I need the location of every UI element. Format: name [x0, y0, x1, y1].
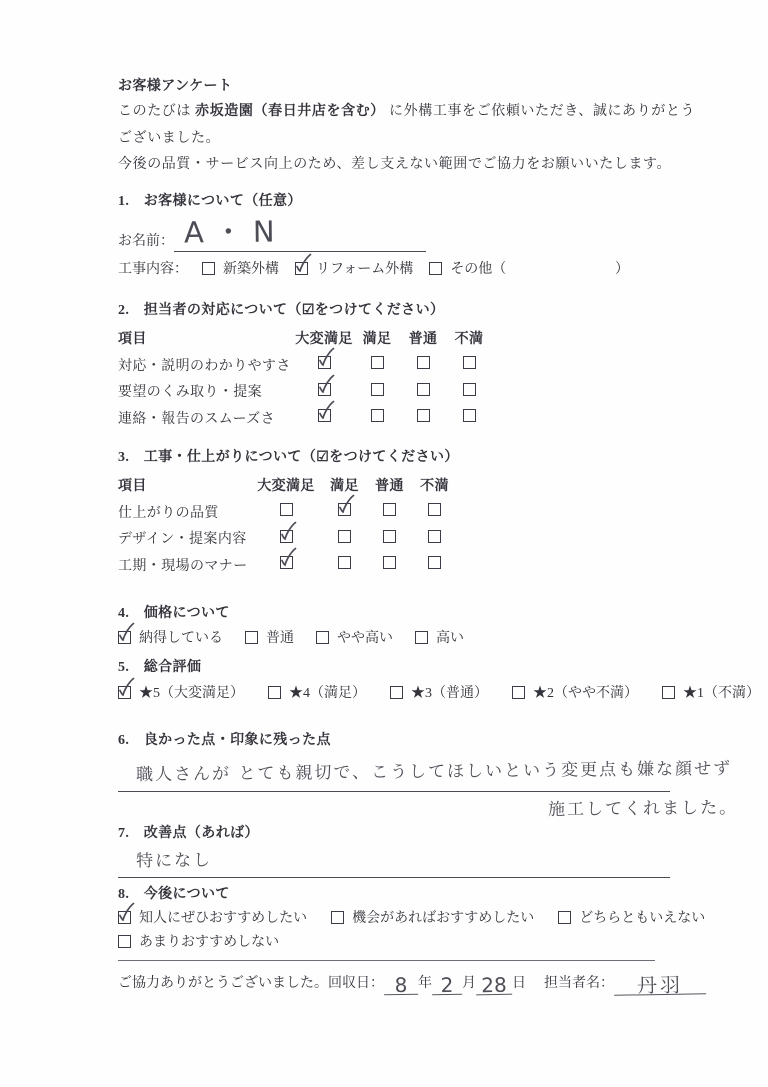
section5-options: ★5（大変満足）★4（満足）★3（普通）★2（やや不満）★1（不満）: [118, 682, 655, 702]
option-label: 高い: [436, 627, 464, 647]
intro-line1-post: に外構工事をご依頼いただき、誠にありがとう: [385, 104, 695, 119]
handwritten-improvement: 特になし: [136, 846, 212, 872]
checkbox-unchecked: [383, 556, 396, 569]
checkbox-checked: [318, 383, 331, 396]
checkbox-unchecked: [417, 383, 430, 396]
rating-column-header: 満足: [322, 475, 367, 495]
option-label: ★4（満足）: [289, 682, 366, 702]
option-label: リフォーム外構: [316, 258, 413, 278]
rating-row-label: 仕上がりの品質: [118, 502, 250, 522]
option-label: 知人にぜひおすすめしたい: [139, 907, 307, 927]
rating-cell: [250, 503, 322, 520]
name-row: お名前： A・N: [118, 220, 655, 252]
option-item: 納得している: [118, 627, 223, 647]
checkbox-unchecked: [383, 503, 396, 516]
checkbox-unchecked: [371, 356, 384, 369]
option-item: やや高い: [316, 627, 393, 647]
rating-cell: [367, 503, 412, 520]
section6-heading: 6. 良かった点・印象に残った点: [118, 729, 655, 749]
rating-cell: [354, 409, 400, 426]
collect-date-label: 回収日：: [328, 972, 384, 995]
section4-heading: 4. 価格について: [118, 602, 655, 622]
rating-column-header: 普通: [400, 328, 446, 348]
intro-line1-pre: このたびは: [118, 104, 195, 119]
option-item: ★3（普通）: [390, 682, 488, 702]
section4-options: 納得している普通やや高い高い: [118, 627, 655, 647]
section6-answer-line: 職人さんが とても親切で、こうしてほしいという変更点も嫌な顔せず: [118, 757, 670, 792]
rating-cell: [250, 556, 322, 573]
checkbox-unchecked: [417, 409, 430, 422]
option-item: どちらともいえない: [558, 907, 705, 927]
section2-rating-table: 項目大変満足満足普通不満対応・説明のわかりやすさ要望のくみ取り・提案連絡・報告の…: [118, 325, 655, 431]
option-item: ★5（大変満足）: [118, 682, 244, 702]
option-label: その他（: [450, 258, 506, 278]
intro-line-2: ございました。: [118, 126, 655, 153]
intro-line-1: このたびは 赤坂造園（春日井店を含む） に外構工事をご依頼いただき、誠にありがと…: [118, 99, 655, 126]
section5-heading: 5. 総合評価: [118, 656, 655, 676]
handwritten-comment-line1: 職人さんが とても親切で、こうしてほしいという変更点も嫌な顔せず: [136, 754, 732, 785]
checkbox-checked: [280, 556, 293, 569]
rating-cell: [250, 530, 322, 547]
checkbox-unchecked: [428, 530, 441, 543]
footer-row: ご協力ありがとうございました。 回収日： 8 年 2 月 28 日 担当者名： …: [118, 972, 738, 995]
checkbox-checked: [280, 530, 293, 543]
option-label: 新築外構: [223, 258, 279, 278]
rating-column-header: 大変満足: [250, 475, 322, 495]
intro-paragraph: このたびは 赤坂造園（春日井店を含む） に外構工事をご依頼いただき、誠にありがと…: [118, 99, 655, 179]
checkbox-unchecked: [415, 631, 428, 644]
checkbox-checked: [318, 409, 331, 422]
checkbox-checked: [338, 503, 351, 516]
rating-item-column-header: 項目: [118, 328, 294, 348]
checkbox-unchecked: [331, 911, 344, 924]
rating-column-header: 大変満足: [294, 328, 354, 348]
section1-heading: 1. お客様について（任意）: [118, 190, 655, 210]
checkbox-unchecked: [463, 356, 476, 369]
company-name: 赤坂造園（春日井店を含む）: [195, 104, 385, 119]
rating-cell: [412, 530, 457, 547]
checkbox-unchecked: [428, 503, 441, 516]
checkbox-unchecked: [662, 686, 675, 699]
option-label: あまりおすすめしない: [139, 931, 279, 951]
year-suffix: 年: [418, 972, 432, 995]
handwritten-year: 8: [384, 976, 418, 996]
checkbox-unchecked: [512, 686, 525, 699]
rating-cell: [322, 503, 367, 520]
section8-options-line2: あまりおすすめしない: [118, 931, 655, 951]
option-label: ★1（不満）: [683, 682, 760, 702]
checkbox-unchecked: [245, 631, 258, 644]
checkbox-unchecked: [417, 356, 430, 369]
option-item: ★4（満足）: [268, 682, 366, 702]
work-type-row: 工事内容： 新築外構リフォーム外構その他（ ）: [118, 258, 655, 278]
rating-cell: [412, 503, 457, 520]
checkbox-checked: [118, 631, 131, 644]
scanned-survey-page: お客様アンケート このたびは 赤坂造園（春日井店を含む） に外構工事をご依頼いた…: [0, 0, 768, 1087]
rating-cell: [294, 356, 354, 373]
rating-cell: [412, 556, 457, 573]
section8-options-line1: 知人にぜひおすすめしたい機会があればおすすめしたいどちらともいえない: [118, 907, 655, 927]
checkbox-unchecked: [338, 530, 351, 543]
checkbox-checked: [118, 911, 131, 924]
option-item: 知人にぜひおすすめしたい: [118, 907, 307, 927]
option-label: ★2（やや不満）: [533, 682, 638, 702]
checkbox-unchecked: [463, 409, 476, 422]
rating-cell: [354, 356, 400, 373]
checkbox-checked: [295, 262, 308, 275]
work-type-label: 工事内容：: [118, 258, 188, 278]
checkbox-unchecked: [390, 686, 403, 699]
section2-heading: 2. 担当者の対応について（☑をつけてください）: [118, 299, 655, 319]
section3-rating-table: 項目大変満足満足普通不満仕上がりの品質デザイン・提案内容工期・現場のマナー: [118, 472, 655, 578]
option-label: 普通: [266, 627, 294, 647]
option-item: 新築外構: [202, 258, 279, 278]
rating-row-label: 対応・説明のわかりやすさ: [118, 355, 294, 375]
option-item: 高い: [415, 627, 464, 647]
footer-divider: [118, 960, 655, 961]
handwritten-comment-line2: 施工してくれました。: [548, 793, 738, 820]
option-item: 機会があればおすすめしたい: [331, 907, 534, 927]
rating-row: 連絡・報告のスムーズさ: [118, 405, 655, 432]
rating-header-row: 項目大変満足満足普通不満: [118, 472, 655, 499]
close-paren: ）: [615, 258, 629, 278]
checkbox-unchecked: [371, 383, 384, 396]
option-item: リフォーム外構: [295, 258, 413, 278]
rating-row: 工期・現場のマナー: [118, 552, 655, 579]
intro-line-3: 今後の品質・サービス向上のため、差し支えない範囲でご協力をお願いいたします。: [118, 152, 655, 179]
section6-answer-overflow: 施工してくれました。: [118, 794, 738, 819]
handwritten-name: A・N: [174, 209, 285, 251]
option-item: ★2（やや不満）: [512, 682, 638, 702]
checkbox-unchecked: [338, 556, 351, 569]
rating-header-row: 項目大変満足満足普通不満: [118, 325, 655, 352]
checkbox-unchecked: [371, 409, 384, 422]
option-item: あまりおすすめしない: [118, 931, 279, 951]
checkbox-checked: [118, 686, 131, 699]
rating-row: 要望のくみ取り・提案: [118, 378, 655, 405]
checkbox-unchecked: [118, 935, 131, 948]
checkbox-unchecked: [268, 686, 281, 699]
option-label: 納得している: [139, 627, 223, 647]
checkbox-checked: [318, 356, 331, 369]
rating-column-header: 不満: [412, 475, 457, 495]
rating-cell: [446, 409, 492, 426]
rating-cell: [400, 356, 446, 373]
rating-column-header: 満足: [354, 328, 400, 348]
option-label: ★3（普通）: [411, 682, 488, 702]
work-type-options: 新築外構リフォーム外構その他（: [202, 258, 506, 278]
checkbox-unchecked: [558, 911, 571, 924]
rating-column-header: 普通: [367, 475, 412, 495]
option-label: 機会があればおすすめしたい: [352, 907, 534, 927]
rating-row: 仕上がりの品質: [118, 499, 655, 526]
rating-row-label: デザイン・提案内容: [118, 528, 250, 548]
rating-row: デザイン・提案内容: [118, 525, 655, 552]
rating-cell: [446, 383, 492, 400]
name-write-line: A・N: [174, 210, 426, 252]
rating-cell: [400, 383, 446, 400]
rating-cell: [400, 409, 446, 426]
rating-cell: [367, 556, 412, 573]
rating-column-header: 不満: [446, 328, 492, 348]
rating-cell: [367, 530, 412, 547]
staff-name-label: 担当者名：: [544, 972, 614, 995]
option-item: その他（: [429, 258, 506, 278]
rating-cell: [294, 409, 354, 426]
checkbox-unchecked: [202, 262, 215, 275]
section3-heading: 3. 工事・仕上がりについて（☑をつけてください）: [118, 446, 655, 466]
checkbox-unchecked: [280, 503, 293, 516]
section7-answer-line: 特になし: [118, 846, 670, 878]
option-item: 普通: [245, 627, 294, 647]
checkbox-unchecked: [463, 383, 476, 396]
option-label: ★5（大変満足）: [139, 682, 244, 702]
rating-row-label: 要望のくみ取り・提案: [118, 381, 294, 401]
handwritten-day: 28: [476, 976, 512, 996]
checkbox-unchecked: [316, 631, 329, 644]
rating-row-label: 工期・現場のマナー: [118, 555, 250, 575]
section8-heading: 8. 今後について: [118, 883, 655, 903]
checkbox-unchecked: [428, 556, 441, 569]
thanks-text: ご協力ありがとうございました。: [118, 972, 328, 995]
option-item: ★1（不満）: [662, 682, 760, 702]
checkbox-unchecked: [383, 530, 396, 543]
day-suffix: 日: [512, 972, 526, 995]
option-label: どちらともいえない: [579, 907, 705, 927]
handwritten-staff-name: 丹羽: [614, 975, 706, 996]
rating-cell: [354, 383, 400, 400]
checkbox-unchecked: [429, 262, 442, 275]
rating-cell: [322, 530, 367, 547]
rating-cell: [294, 383, 354, 400]
handwritten-month: 2: [432, 976, 462, 996]
rating-cell: [446, 356, 492, 373]
rating-row: 対応・説明のわかりやすさ: [118, 352, 655, 379]
page-title: お客様アンケート: [118, 75, 655, 95]
month-suffix: 月: [462, 972, 476, 995]
option-label: やや高い: [337, 627, 393, 647]
rating-item-column-header: 項目: [118, 475, 250, 495]
rating-row-label: 連絡・報告のスムーズさ: [118, 408, 294, 428]
name-label: お名前：: [118, 230, 174, 252]
rating-cell: [322, 556, 367, 573]
section7-heading: 7. 改善点（あれば）: [118, 822, 655, 842]
